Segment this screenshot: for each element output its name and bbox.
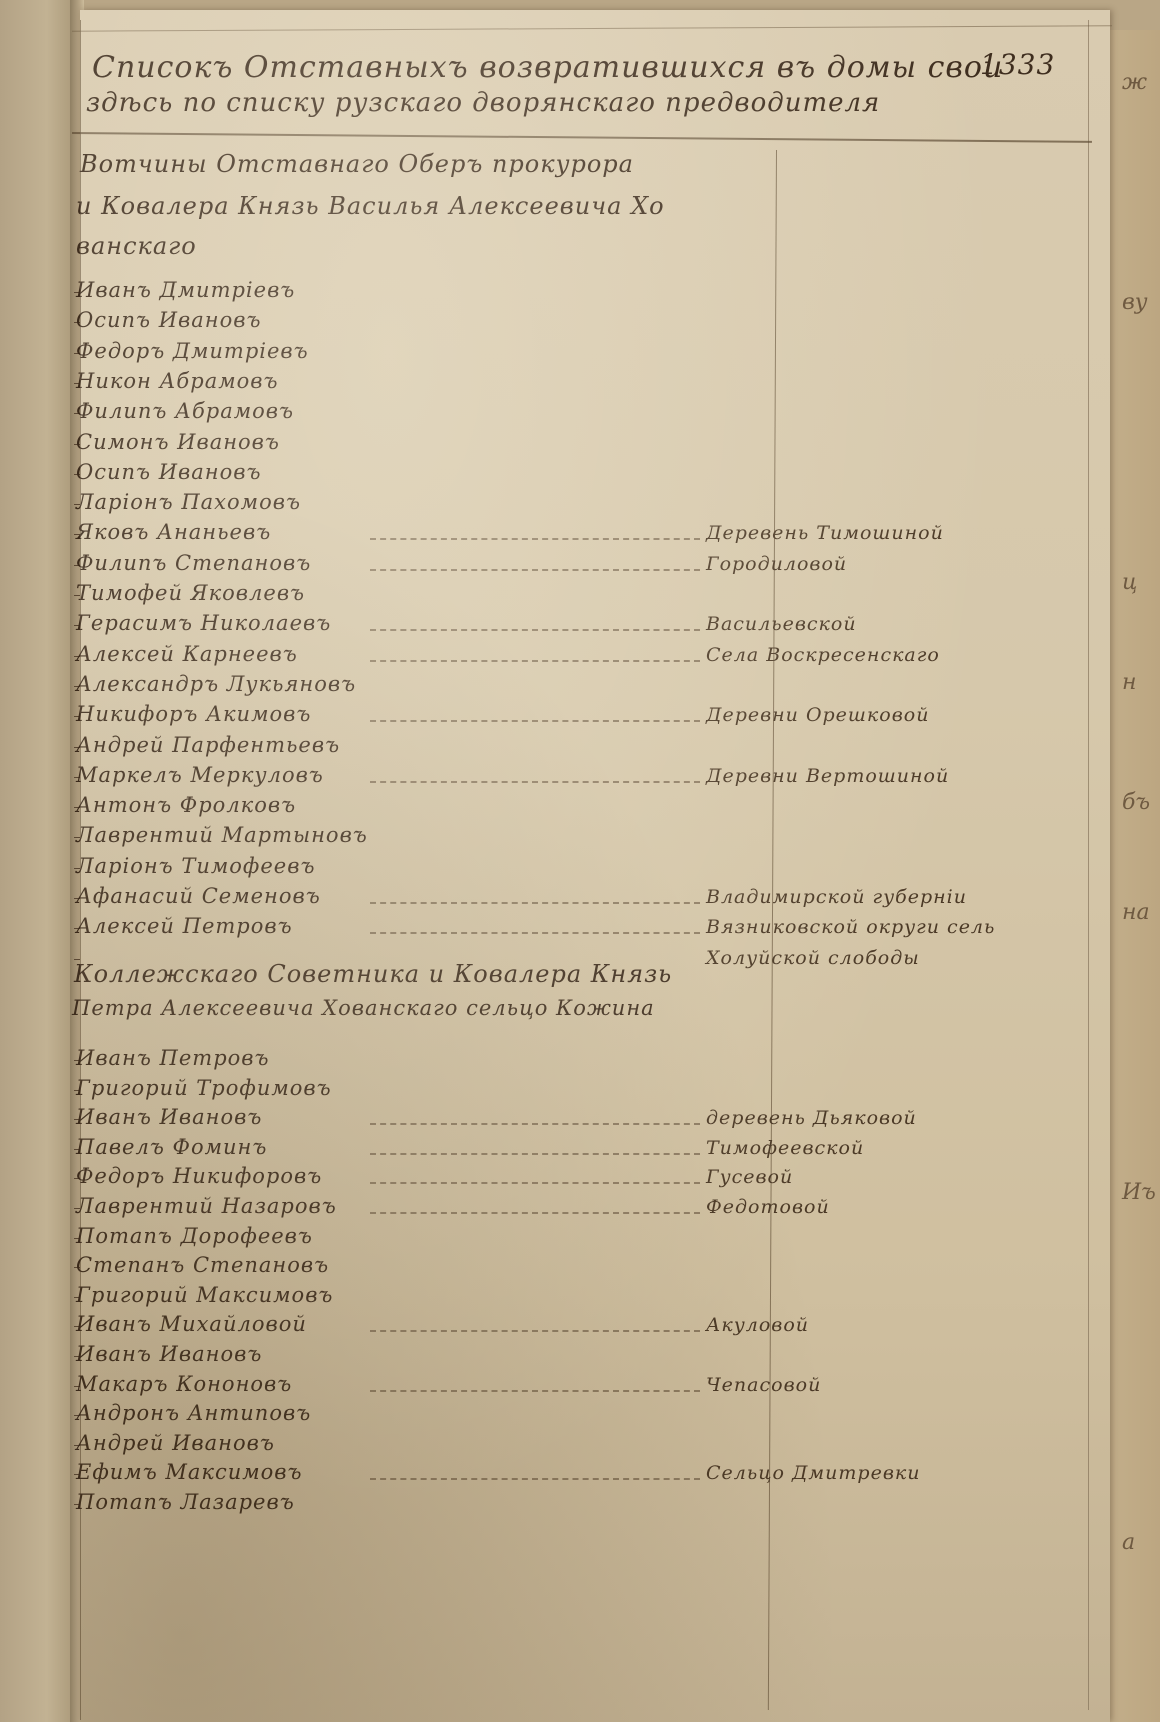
village-note: Гусевой [706,1166,793,1188]
village-note: Деревни Орешковой [706,704,929,726]
leader-dash-line [370,569,700,571]
person-name: Григорий Максимовъ [76,1283,333,1307]
village-note: Деревни Вертошиной [706,765,949,787]
page-title: Списокъ Отставныхъ возвратившихся въ дом… [92,50,1003,85]
person-name: Лаврентий Мартыновъ [76,823,368,847]
person-name: Иванъ Дмитріевъ [76,278,295,302]
person-name: Иванъ Михайловой [76,1312,307,1336]
person-name: Иванъ Петровъ [76,1046,270,1070]
leader-dash-line [370,720,700,722]
leader-dash-line [370,781,700,783]
top-rule [72,25,1112,31]
person-name: Федоръ Никифоровъ [76,1164,322,1188]
person-name: Филипъ Степановъ [76,551,311,575]
person-name: Никон Абрамовъ [76,369,279,393]
person-name: Иванъ Ивановъ [76,1342,262,1366]
leader-dash-line [370,538,700,540]
person-name: Федоръ Дмитріевъ [76,339,309,363]
leader-dash-line [370,1212,700,1214]
person-name: Андронъ Антиповъ [76,1401,311,1425]
facing-page-left [0,0,78,1722]
person-name: Степанъ Степановъ [76,1253,329,1277]
leader-dash-line [370,1153,700,1155]
person-name: Осипъ Ивановъ [76,460,261,484]
leader-dash-line [370,660,700,662]
leader-dash-line [370,902,700,904]
page-subtitle: здѣсь по списку рузскаго дворянскаго пре… [86,88,880,118]
village-note: Холуйской слободы [706,947,920,969]
fragment-text: Иъ [1122,1180,1156,1205]
village-note: Села Воскресенскаго [706,644,940,666]
person-name: Яковъ Ананьевъ [76,520,271,544]
person-name: Лаврентий Назаровъ [76,1194,337,1218]
person-name: Маркелъ Меркуловъ [76,763,324,787]
person-name: Григорий Трофимовъ [76,1076,332,1100]
person-name: Симонъ Ивановъ [76,430,280,454]
village-note: Акуловой [706,1314,809,1336]
fragment-text: на [1122,900,1150,925]
village-note: деревень Дьяковой [706,1107,917,1129]
section-heading: ванскаго [76,232,197,260]
fragment-text: ж [1122,70,1147,95]
section-heading: Петра Алексеевича Хованскаго сельцо Кожи… [72,996,655,1020]
village-note: Деревень Тимошиной [706,522,944,544]
leader-dash-line [370,932,700,934]
person-name: Ларіонъ Тимофеевъ [76,854,315,878]
person-name: Ефимъ Максимовъ [76,1460,303,1484]
village-note: Владимирской губерніи [706,886,967,908]
header-underline-rule [72,132,1092,143]
document-page: Списокъ Отставныхъ возвратившихся въ дом… [80,10,1110,1722]
fragment-text: н [1122,670,1137,695]
person-name: Афанасий Семеновъ [76,884,321,908]
village-note: Чепасовой [706,1374,821,1396]
leader-dash-line [370,1478,700,1480]
person-name: Потапъ Лазаревъ [76,1490,295,1514]
section-heading: Вотчины Отставнаго Оберъ прокурора [80,150,634,178]
leader-dash-line [370,629,700,631]
leader-dash-line [370,1123,700,1125]
leader-dash-line [370,1182,700,1184]
leader-dash-line [370,1390,700,1392]
person-name: Иванъ Ивановъ [76,1105,262,1129]
person-name: Макаръ Кононовъ [76,1372,292,1396]
folio-number: 1333 [980,48,1055,81]
person-name: Андрей Парфентьевъ [76,733,340,757]
section-heading: Коллежскаго Советника и Ковалера Князь [74,960,672,988]
fragment-text: ву [1122,290,1148,315]
section-heading: и Ковалера Князь Василья Алексеевича Хо [76,192,665,220]
person-name: Алексей Петровъ [76,914,293,938]
leader-dash-line [370,1330,700,1332]
fragment-text: ц [1122,570,1137,595]
village-note: Тимофеевской [706,1137,864,1159]
person-name: Андрей Ивановъ [76,1431,275,1455]
person-name: Алексей Карнеевъ [76,642,298,666]
person-name: Осипъ Ивановъ [76,308,261,332]
person-name: Герасимъ Николаевъ [76,611,331,635]
person-name: Ларіонъ Пахомовъ [76,490,301,514]
village-note: Васильевской [706,613,857,635]
fragment-text: а [1122,1530,1135,1555]
person-name: Никифоръ Акимовъ [76,702,311,726]
person-name: Павелъ Фоминъ [76,1135,267,1159]
right-margin-rule [1088,20,1089,1710]
person-name: Потапъ Дорофеевъ [76,1224,313,1248]
village-note: Городиловой [706,553,847,575]
person-name: Филипъ Абрамовъ [76,399,294,423]
person-name: Александръ Лукьяновъ [76,672,356,696]
village-note: Федотовой [706,1196,830,1218]
person-name: Тимофей Яковлевъ [76,581,305,605]
person-name: Антонъ Фролковъ [76,793,296,817]
village-note: Вязниковской округи сель [706,916,995,938]
fragment-text: бъ [1122,790,1150,815]
village-note: Сельцо Дмитревки [706,1462,920,1484]
